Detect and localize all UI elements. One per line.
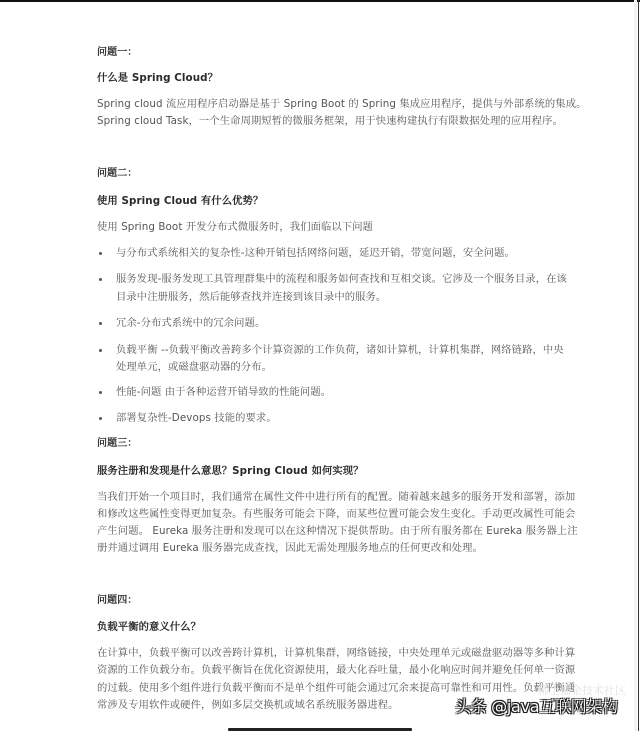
question-1-label: 问题一： — [97, 46, 137, 60]
answer-3-line-1: 当我们开始一个项目时，我们通常在属性文件中进行所有的配置。随着越来越多的服务开发… — [97, 490, 575, 504]
answer-1-line-1: Spring cloud 流应用程序启动器是基于 Spring Boot 的 S… — [97, 97, 587, 111]
watermark-faint: 稀土掘金技术社区 — [538, 682, 626, 698]
bullet-4-line-2: 处理单元，或磁盘驱动器的分布。 — [116, 360, 272, 374]
question-3-title: 服务注册和发现是什么意思？Spring Cloud 如何实现？ — [97, 464, 364, 478]
bullet-icon — [99, 349, 102, 352]
right-edge-shade — [634, 0, 637, 731]
question-2-title: 使用 Spring Cloud 有什么优势？ — [97, 194, 263, 208]
bullet-5-line-1: 性能-问题 由于各种运营开销导致的性能问题。 — [116, 385, 331, 399]
bullet-icon — [99, 278, 102, 281]
bullet-1-line-1: 与分布式系统相关的复杂性-这种开销包括网络问题，延迟开销，带宽问题，安全问题。 — [116, 246, 515, 260]
bullet-2-line-1: 服务发现-服务发现工具管理群集中的流程和服务如何查找和互相交谈。它涉及一个服务目… — [116, 272, 567, 286]
question-1-title: 什么是 Spring Cloud？ — [97, 71, 218, 85]
answer-1-line-2: Spring cloud Task，一个生命周期短暂的微服务框架，用于快速构建执… — [97, 114, 563, 128]
bullet-icon — [99, 252, 102, 255]
right-border — [638, 0, 639, 731]
question-4-label: 问题四： — [97, 594, 137, 608]
bullet-3-line-1: 冗余-分布式系统中的冗余问题。 — [116, 316, 265, 330]
bullet-4-line-1: 负载平衡 --负载平衡改善跨多个计算资源的工作负荷，诸如计算机，计算机集群，网络… — [116, 343, 564, 357]
answer-3-line-3: 产生问题。 Eureka 服务注册和发现可以在这种情况下提供帮助。由于所有服务都… — [97, 524, 578, 538]
answer-3-line-2: 和修改这些属性变得更加复杂。有些服务可能会下降，而某些位置可能会发生变化。手动更… — [97, 507, 575, 521]
bullet-icon — [99, 322, 102, 325]
question-2-label: 问题二： — [97, 167, 137, 181]
top-border — [0, 0, 640, 2]
answer-2-intro: 使用 Spring Boot 开发分布式微服务时，我们面临以下问题 — [97, 220, 373, 234]
answer-4-line-1: 在计算中，负载平衡可以改善跨计算机，计算机集群，网络链接，中央处理单元或磁盘驱动… — [97, 646, 575, 660]
bullet-icon — [99, 391, 102, 394]
question-3-label: 问题三： — [97, 437, 137, 451]
bullet-icon — [99, 417, 102, 420]
bullet-6-line-1: 部署复杂性-Devops 技能的要求。 — [116, 411, 277, 425]
answer-4-line-3: 的过载。使用多个组件进行负载平衡而不是单个组件可能会通过冗余来提高可靠性和可用性… — [97, 681, 575, 695]
bullet-2-line-2: 目录中注册服务，然后能够查找并连接到该目录中的服务。 — [116, 290, 386, 304]
question-4-title: 负载平衡的意义什么？ — [97, 620, 201, 634]
answer-4-line-2: 资源的工作负载分布。负载平衡旨在优化资源使用，最大化吞吐量，最小化响应时间并避免… — [97, 663, 575, 677]
answer-3-line-4: 册并通过调用 Eureka 服务器完成查找，因此无需处理服务地点的任何更改和处理… — [97, 541, 483, 555]
watermark-toutiao: 头条 @java互联网架构 — [455, 697, 618, 717]
answer-4-line-4: 常涉及专用软件或硬件，例如多层交换机或域名系统服务器进程。 — [97, 698, 399, 712]
